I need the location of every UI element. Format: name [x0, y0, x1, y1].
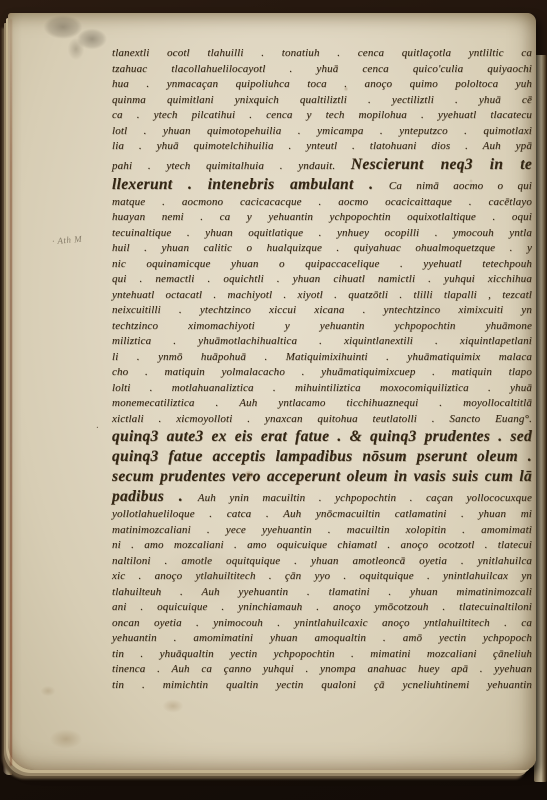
manuscript-line: yollotlahueliloque . catca . Auh ynōcmac… — [112, 507, 532, 523]
nahuatl-text-segment: monemecatiliztica . Auh yntlacamo ticchi… — [112, 397, 532, 409]
nahuatl-text-segment: yollotlahueliloque . catca . Auh ynōcmac… — [112, 508, 532, 520]
manuscript-line: xic . anoço ytlahuiltitech . çān yyo . o… — [112, 569, 532, 585]
nahuatl-text-segment: oncan oyetia . ynimocouh . ynintlahuilca… — [112, 617, 532, 629]
manuscript-line: llexerunt . intenebris ambulant . Ca nim… — [112, 175, 532, 195]
nahuatl-text-segment: Auh ynin macuiltin . ychpopochtin . caça… — [198, 492, 532, 504]
manuscript-line: qui . nemactli . oquichtli . yhuan cihua… — [112, 272, 532, 288]
nahuatl-text-segment: huil . yhuan calitic o hualquizque . qui… — [112, 242, 532, 254]
manuscript-line: techtzinco ximomachiyoti y yehuantin ych… — [112, 319, 532, 335]
nahuatl-text-segment: ca . ytech pilcatihui . cenca y tech mop… — [112, 109, 532, 121]
manuscript-line: neixcuitilli . ytechtzinco xiccui xicana… — [112, 303, 532, 319]
manuscript-line: tlanextli ocotl tlahuilli . tonatiuh . c… — [112, 46, 532, 62]
nahuatl-text-segment: neixcuitilli . ytechtzinco xiccui xicana… — [112, 304, 532, 316]
manuscript-line: ani . oquicuique . yninchiamauh . anoço … — [112, 600, 532, 616]
nahuatl-text-segment: ani . oquicuique . yninchiamauh . anoço … — [112, 601, 532, 613]
latin-text-segment: padibus . — [112, 488, 198, 505]
nahuatl-text-segment: tecuinaltique . yhuan oquitlatique . ynh… — [112, 227, 532, 239]
manuscript-line: li . ynmō huāpohuā . Matiquimixihuinti .… — [112, 350, 532, 366]
manuscript-line: padibus . Auh ynin macuiltin . ychpopoch… — [112, 487, 532, 507]
manuscript-line: cho . matiquin yolmalacacho . yhuāmatiqu… — [112, 365, 532, 381]
nahuatl-text-segment: tin . mimichtin qualtin yectin qualoni ç… — [112, 679, 532, 691]
manuscript-line: ni . amo mozcaliani . amo oquicuique chi… — [112, 538, 532, 554]
text-block: tlanextli ocotl tlahuilli . tonatiuh . c… — [112, 46, 532, 693]
page-gutter-edge — [10, 19, 12, 766]
manuscript-line: tin . mimichtin qualtin yectin qualoni ç… — [112, 678, 532, 694]
manuscript-line: nic oquinamicque yhuan o quipaccacelique… — [112, 257, 532, 273]
manuscript-line: oncan oyetia . ynimocouh . ynintlahuilca… — [112, 616, 532, 632]
manuscript-line: lia . yhuā quimotelchihuilia . ynteutl .… — [112, 139, 532, 155]
manuscript-line: ca . ytech pilcatihui . cenca y tech mop… — [112, 108, 532, 124]
nahuatl-text-segment: hua . ynmacaçan quipoliuhca toca . anoço… — [112, 78, 532, 90]
nahuatl-text-segment: tin . yhuāqualtin yectin ychpopochtin . … — [112, 648, 532, 660]
nahuatl-text-segment: yntehuatl octacatl . machiyotl . xiyotl … — [112, 289, 532, 301]
manuscript-line: pahi . ytech quimitalhuia . yndauit. Nes… — [112, 155, 532, 175]
manuscript-line: tecuinaltique . yhuan oquitlatique . ynh… — [112, 226, 532, 242]
nahuatl-text-segment: xictlali . xicmoyolloti . ynaxcan quitoh… — [112, 413, 532, 425]
nahuatl-text-segment: matque . aocmono cacicacacque . aocmo oc… — [112, 196, 532, 208]
margin-mark: · — [96, 424, 99, 434]
manuscript-line: miliztica . yhuāmotlachihualtica . xiqui… — [112, 334, 532, 350]
manuscript-line: huayan nemi . ca y yehuantin ychpopochti… — [112, 210, 532, 226]
manuscript-line: tzahuac tlacollahuelilocayotl . yhuā cen… — [112, 62, 532, 78]
manuscript-line: tinenca . Auh ca çanno yuhqui . ynompa a… — [112, 662, 532, 678]
marginal-note: · Ath M — [52, 234, 83, 247]
nahuatl-text-segment: tlanextli ocotl tlahuilli . tonatiuh . c… — [112, 47, 532, 59]
nahuatl-text-segment: lotl . yhuan quimotopehuilia . ymicampa … — [112, 125, 532, 137]
nahuatl-text-segment: yehuantin . amomimatini yhuan amoqualtin… — [112, 632, 532, 644]
nahuatl-text-segment: ni . amo mozcaliani . amo oquicuique chi… — [112, 539, 532, 551]
nahuatl-text-segment: qui . nemactli . oquichtli . yhuan cihua… — [112, 273, 532, 285]
nahuatl-text-segment: pahi . ytech quimitalhuia . yndauit. — [112, 160, 351, 172]
latin-text-segment: llexerunt . intenebris ambulant . — [112, 176, 389, 193]
manuscript-line: matinimozcaliani . yece yyehuantin . mac… — [112, 523, 532, 539]
latin-text-segment: Nescierunt neq3 in te — [351, 156, 532, 173]
manuscript-page: · Ath M · tlanextli ocotl tlahuilli . to… — [8, 13, 536, 770]
nahuatl-text-segment: matinimozcaliani . yece yyehuantin . mac… — [112, 524, 532, 536]
manuscript-line: secum prudentes vero acceperunt oleum in… — [112, 467, 532, 487]
manuscript-line: quinq3 aute3 ex eis erat fatue . & quinq… — [112, 427, 532, 447]
nahuatl-text-segment: lia . yhuā quimotelchihuilia . ynteutl .… — [112, 140, 532, 152]
nahuatl-text-segment: nic oquinamicque yhuan o quipaccacelique… — [112, 258, 532, 270]
nahuatl-text-segment: Ca nimā aocmo o qui — [389, 180, 532, 192]
nahuatl-text-segment: quinma quimitlani ynixquich qualtiliztli… — [112, 94, 532, 106]
nahuatl-text-segment: li . ynmō huāpohuā . Matiquimixihuinti .… — [112, 351, 532, 363]
nahuatl-text-segment: tinenca . Auh ca çanno yuhqui . ynompa a… — [112, 663, 532, 675]
manuscript-line: tin . yhuāqualtin yectin ychpopochtin . … — [112, 647, 532, 663]
manuscript-line: matque . aocmono cacicacacque . aocmo oc… — [112, 195, 532, 211]
manuscript-line: naltiloni . amotle oquitquique . yhuan a… — [112, 554, 532, 570]
manuscript-line: yntehuatl octacatl . machiyotl . xiyotl … — [112, 288, 532, 304]
nahuatl-text-segment: tzahuac tlacollahuelilocayotl . yhuā cen… — [112, 63, 532, 75]
nahuatl-text-segment: lolti . motlahuanaliztica . mihuintilizt… — [112, 382, 532, 394]
manuscript-line: quinma quimitlani ynixquich qualtiliztli… — [112, 93, 532, 109]
manuscript-line: tlahuilteuh . Auh yyehuantin . tlamatini… — [112, 585, 532, 601]
manuscript-line: monemecatiliztica . Auh yntlacamo ticchi… — [112, 396, 532, 412]
latin-text-segment: quinq3 fatue acceptis lampadibus nōsum p… — [112, 448, 532, 465]
manuscript-line: hua . ynmacaçan quipoliuhca toca . anoço… — [112, 77, 532, 93]
photo-of-book: · Ath M · tlanextli ocotl tlahuilli . to… — [0, 0, 547, 800]
nahuatl-text-segment: huayan nemi . ca y yehuantin ychpopochti… — [112, 211, 532, 223]
nahuatl-text-segment: xic . anoço ytlahuiltitech . çān yyo . o… — [112, 570, 532, 582]
nahuatl-text-segment: cho . matiquin yolmalacacho . yhuāmatiqu… — [112, 366, 532, 378]
manuscript-line: lotl . yhuan quimotopehuilia . ymicampa … — [112, 124, 532, 140]
nahuatl-text-segment: techtzinco ximomachiyoti y yehuantin ych… — [112, 320, 532, 332]
manuscript-line: huil . yhuan calitic o hualquizque . qui… — [112, 241, 532, 257]
nahuatl-text-segment: naltiloni . amotle oquitquique . yhuan a… — [112, 555, 532, 567]
nahuatl-text-segment: miliztica . yhuāmotlachihualtica . xiqui… — [112, 335, 532, 347]
manuscript-line: quinq3 fatue acceptis lampadibus nōsum p… — [112, 447, 532, 467]
manuscript-line: xictlali . xicmoyolloti . ynaxcan quitoh… — [112, 412, 532, 428]
manuscript-line: yehuantin . amomimatini yhuan amoqualtin… — [112, 631, 532, 647]
latin-text-segment: secum prudentes vero acceperunt oleum in… — [112, 468, 532, 485]
latin-text-segment: quinq3 aute3 ex eis erat fatue . & quinq… — [112, 428, 532, 445]
manuscript-line: lolti . motlahuanaliztica . mihuintilizt… — [112, 381, 532, 397]
nahuatl-text-segment: tlahuilteuh . Auh yyehuantin . tlamatini… — [112, 586, 532, 598]
